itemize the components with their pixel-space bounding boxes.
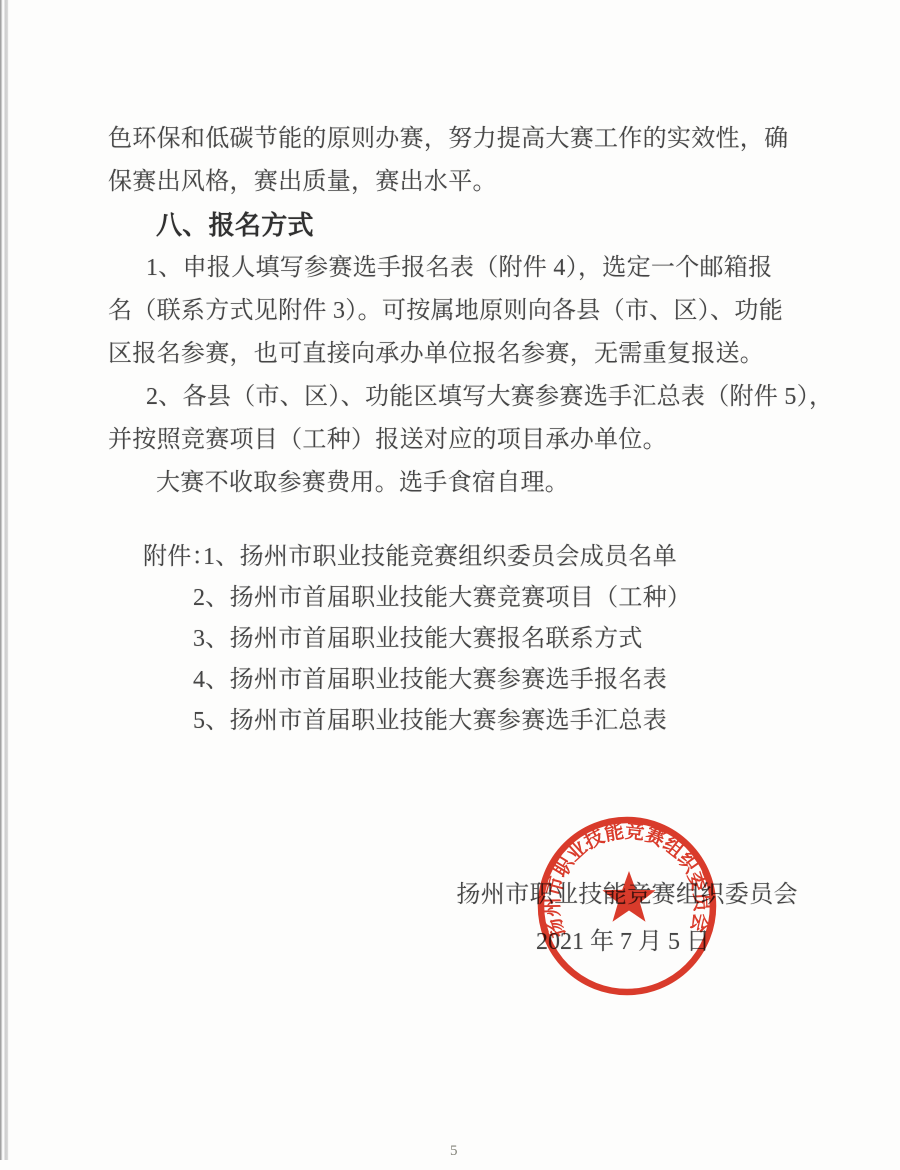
document-content: 色环保和低碳节能的原则办赛，努力提高大赛工作的实效性，确 保赛出风格，赛出质量，… — [108, 0, 798, 957]
attachment-item: 4、扬州市首届职业技能大赛参赛选手报名表 — [108, 660, 798, 701]
body-line: 保赛出风格，赛出质量，赛出水平。 — [108, 161, 798, 204]
attachments-label: 附件： — [143, 537, 193, 578]
attachment-item: 2、扬州市首届职业技能大赛竞赛项目（工种） — [108, 578, 798, 619]
page-number: 5 — [450, 1143, 458, 1160]
document-page: 色环保和低碳节能的原则办赛，努力提高大赛工作的实效性，确 保赛出风格，赛出质量，… — [0, 0, 900, 1170]
signature-organization: 扬州市职业技能竞赛组织委员会 — [108, 880, 798, 910]
scan-edge-artifact — [0, 0, 10, 1160]
body-line: 2、各县（市、区）、功能区填写大赛参赛选手汇总表（附件 5）， — [108, 376, 798, 419]
signature-date: 2021 年 7 月 5 日 — [108, 927, 798, 957]
body-line: 色环保和低碳节能的原则办赛，努力提高大赛工作的实效性，确 — [108, 118, 798, 161]
attachment-item-text: 1、扬州市职业技能竞赛组织委员会成员名单 — [203, 544, 677, 570]
section-heading: 八、报名方式 — [108, 204, 798, 247]
attachment-item: 附件：1、扬州市职业技能竞赛组织委员会成员名单 — [108, 537, 798, 578]
body-line: 大赛不收取参赛费用。选手食宿自理。 — [108, 462, 798, 505]
attachments-list: 附件：1、扬州市职业技能竞赛组织委员会成员名单 2、扬州市首届职业技能大赛竞赛项… — [108, 537, 798, 742]
attachment-item: 3、扬州市首届职业技能大赛报名联系方式 — [108, 619, 798, 660]
body-line: 并按照竞赛项目（工种）报送对应的项目承办单位。 — [108, 419, 798, 462]
body-line: 名（联系方式见附件 3）。可按属地原则向各县（市、区）、功能 — [108, 290, 798, 333]
body-line: 区报名参赛，也可直接向承办单位报名参赛，无需重复报送。 — [108, 333, 798, 376]
body-line: 1、申报人填写参赛选手报名表（附件 4），选定一个邮箱报 — [108, 247, 798, 290]
attachment-item: 5、扬州市首届职业技能大赛参赛选手汇总表 — [108, 701, 798, 742]
signature-block: 扬州市职业技能竞赛组织委员会 2021 年 7 月 5 日 — [108, 880, 798, 957]
